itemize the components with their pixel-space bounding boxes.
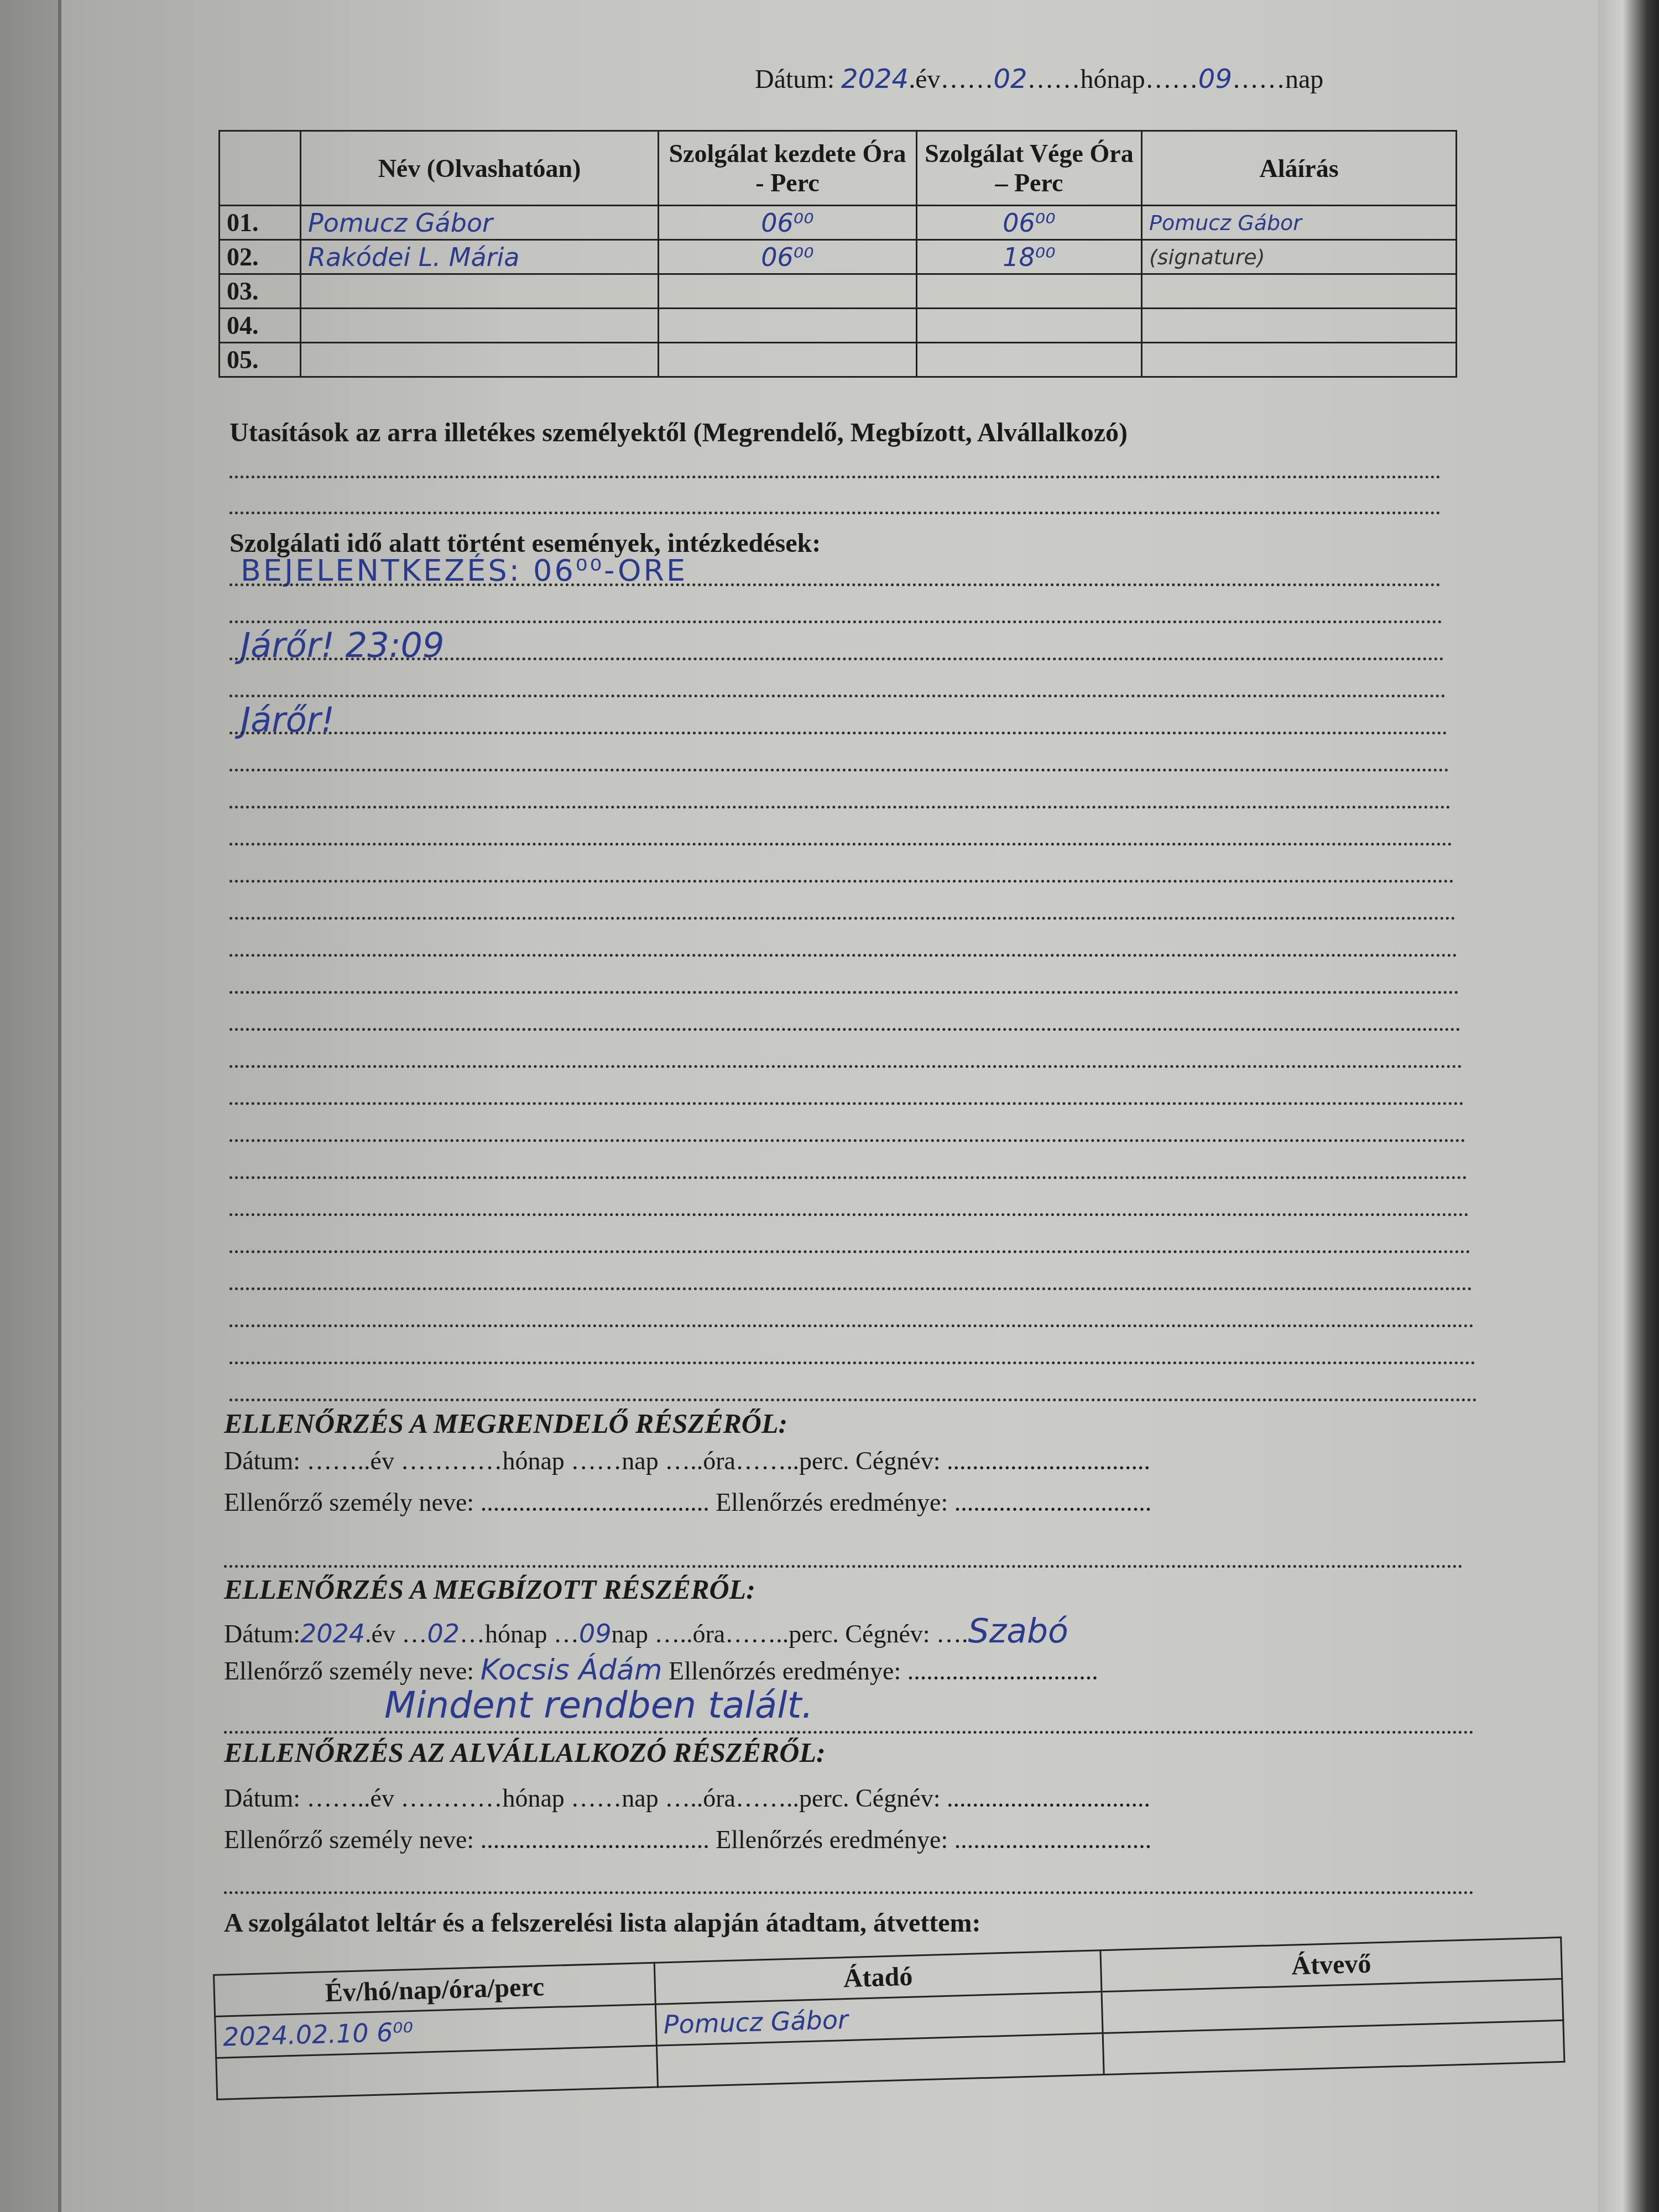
signature-cell[interactable] <box>1142 309 1457 343</box>
sub-check-extra-line[interactable] <box>224 1891 1474 1894</box>
client-check-person-line[interactable]: Ellenőrző személy neve: ................… <box>224 1488 1151 1517</box>
event-line[interactable] <box>229 658 1444 660</box>
instructions-title: Utasítások az arra illetékes személyektő… <box>229 418 1128 448</box>
month-label: hónap <box>1081 65 1145 94</box>
event-line[interactable] <box>229 1287 1472 1290</box>
event-line[interactable] <box>229 1399 1477 1401</box>
end-cell[interactable] <box>917 309 1142 343</box>
event-line[interactable] <box>229 843 1452 846</box>
event-line[interactable] <box>229 1213 1469 1216</box>
end-cell[interactable] <box>917 343 1142 377</box>
agent-check-person-line: Ellenőrző személy neve: Kocsis Ádám Elle… <box>224 1653 1098 1687</box>
name-cell[interactable] <box>301 309 659 343</box>
event-line[interactable] <box>229 1028 1460 1031</box>
event-line[interactable] <box>229 1324 1474 1327</box>
signature-cell[interactable]: (signature) <box>1142 240 1457 274</box>
agent-result[interactable]: Mindent rendben talált. <box>384 1684 813 1726</box>
signature-cell[interactable]: Pomucz Gábor <box>1142 206 1457 240</box>
sub-check-date-line[interactable]: Dátum: ……..év …………hónap ……nap …..óra……..… <box>224 1783 1150 1813</box>
start-cell[interactable] <box>659 309 917 343</box>
row-number: 04. <box>220 309 301 343</box>
person-label: Ellenőrző személy neve: <box>224 1657 474 1685</box>
sub-check-person-line[interactable]: Ellenőrző személy neve: ................… <box>224 1825 1151 1854</box>
col-name: Név (Olvashatóan) <box>301 131 659 206</box>
event-line[interactable] <box>229 954 1457 957</box>
event-line[interactable] <box>229 806 1451 808</box>
name-cell[interactable]: Pomucz Gábor <box>301 206 659 240</box>
event-line[interactable] <box>229 620 1442 623</box>
date-label: Dátum: <box>224 1620 300 1648</box>
name-cell[interactable] <box>301 343 659 377</box>
start-cell[interactable]: 06⁰⁰ <box>659 240 917 274</box>
header-date: Dátum: 2024.év……02……hónap……09……nap <box>755 64 1323 95</box>
client-check-extra-line[interactable] <box>224 1565 1463 1568</box>
day-label: nap …..óra……..perc. Cégnév: …. <box>612 1620 968 1648</box>
table-row: 05. <box>220 343 1457 377</box>
instructions-line[interactable] <box>229 476 1441 478</box>
event-line[interactable] <box>229 880 1454 883</box>
instructions-line[interactable] <box>229 512 1441 514</box>
table-row: 01. Pomucz Gábor 06⁰⁰ 06⁰⁰ Pomucz Gábor <box>220 206 1457 240</box>
col-no <box>220 131 301 206</box>
row-number: 02. <box>220 240 301 274</box>
row-number: 05. <box>220 343 301 377</box>
staff-table-header: Név (Olvashatóan) Szolgálat kezdete Óra … <box>220 131 1457 206</box>
start-cell[interactable] <box>659 343 917 377</box>
day-value[interactable]: 09 <box>1198 64 1232 95</box>
paper-edge <box>58 0 61 2212</box>
client-check-date-line[interactable]: Dátum: ……..év …………hónap ……nap …..óra……..… <box>224 1446 1150 1475</box>
event-line[interactable] <box>229 583 1441 586</box>
agent-year[interactable]: 2024 <box>300 1619 365 1648</box>
year-label: .év <box>909 65 940 94</box>
event-line[interactable] <box>229 769 1449 771</box>
table-row: 02. Rakódei L. Mária 06⁰⁰ 18⁰⁰ (signatur… <box>220 240 1457 274</box>
event-line[interactable] <box>229 991 1459 994</box>
table-row: 04. <box>220 309 1457 343</box>
event-line[interactable] <box>229 1065 1462 1068</box>
agent-day[interactable]: 09 <box>579 1619 612 1648</box>
client-check-title: ELLENŐRZÉS A MEGRENDELŐ RÉSZÉRŐL: <box>224 1407 787 1439</box>
agent-company[interactable]: Szabó <box>968 1612 1068 1651</box>
event-line[interactable] <box>229 1139 1465 1142</box>
event-line[interactable] <box>229 1250 1470 1253</box>
paper-stack-edge <box>1598 0 1659 2212</box>
year-value[interactable]: 2024 <box>841 64 909 95</box>
signature-cell[interactable] <box>1142 274 1457 309</box>
start-cell[interactable] <box>659 274 917 309</box>
col-signature: Aláírás <box>1142 131 1457 206</box>
month-label: …hónap … <box>460 1620 579 1648</box>
event-entry[interactable]: BEJELENTKEZÉS: 06⁰⁰-ORE <box>241 553 687 588</box>
staff-table: Név (Olvashatóan) Szolgálat kezdete Óra … <box>218 130 1457 378</box>
col-start: Szolgálat kezdete Óra - Perc <box>659 131 917 206</box>
event-line[interactable] <box>229 695 1446 697</box>
event-line[interactable] <box>229 1102 1464 1105</box>
result-label: Ellenőrzés eredménye: ..................… <box>669 1657 1098 1685</box>
end-cell[interactable] <box>917 274 1142 309</box>
event-line[interactable] <box>229 917 1455 920</box>
agent-check-extra-line[interactable] <box>224 1731 1474 1734</box>
row-number: 03. <box>220 274 301 309</box>
agent-check-title: ELLENŐRZÉS A MEGBÍZOTT RÉSZÉRŐL: <box>224 1573 755 1605</box>
agent-month[interactable]: 02 <box>427 1619 460 1648</box>
name-cell[interactable]: Rakódei L. Mária <box>301 240 659 274</box>
row-number: 01. <box>220 206 301 240</box>
sub-check-title: ELLENŐRZÉS AZ ALVÁLLALKOZÓ RÉSZÉRŐL: <box>224 1736 826 1768</box>
month-value[interactable]: 02 <box>993 64 1027 95</box>
name-cell[interactable] <box>301 274 659 309</box>
signature-cell[interactable] <box>1142 343 1457 377</box>
event-line[interactable] <box>229 1176 1467 1179</box>
year-label: .év … <box>365 1620 427 1648</box>
agent-check-date-line: Dátum:2024.év …02…hónap …09nap …..óra…….… <box>224 1612 1068 1651</box>
end-cell[interactable]: 18⁰⁰ <box>917 240 1142 274</box>
table-row: 03. <box>220 274 1457 309</box>
end-cell[interactable]: 06⁰⁰ <box>917 206 1142 240</box>
event-line[interactable] <box>229 1361 1475 1364</box>
event-line[interactable] <box>229 732 1447 734</box>
handover-title: A szolgálatot leltár és a felszerelési l… <box>224 1908 981 1938</box>
agent-person[interactable]: Kocsis Ádám <box>481 1653 662 1687</box>
day-label: nap <box>1285 65 1323 94</box>
start-cell[interactable]: 06⁰⁰ <box>659 206 917 240</box>
col-end: Szolgálat Vége Óra – Perc <box>917 131 1142 206</box>
date-label: Dátum: <box>755 65 834 94</box>
